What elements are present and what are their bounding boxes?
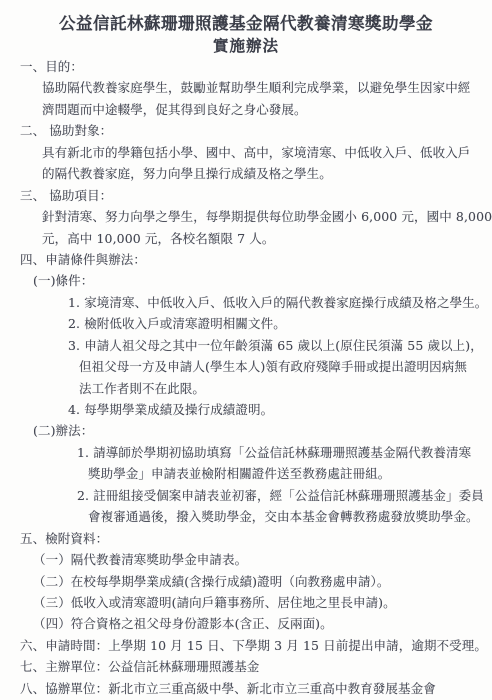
doc-line: 三、 協助項目： — [0, 185, 488, 206]
doc-line: 4. 每學期學業成績及操行成績證明。 — [0, 399, 488, 420]
doc-line: 濟問題而中途輟學，促其得到良好之身心發展。 — [0, 99, 488, 120]
doc-line: 五、檢附資料： — [0, 528, 488, 549]
document-title: 公益信託林蘇珊珊照護基金隔代教養清寒獎助學金 — [0, 10, 492, 34]
doc-line: (一)條件： — [0, 270, 488, 291]
doc-line: 二、 協助對象： — [0, 120, 488, 141]
doc-line: 會複審通過後，撥入獎助學金，交由本基金會轉教務處發放獎助學金。 — [0, 506, 488, 527]
doc-line: 的隔代教養家庭，努力向學且操行成績及格之學生。 — [0, 163, 488, 184]
doc-line: 針對清寒、努力向學之學生，每學期提供每位助學金國小 6,000 元，國中 8,0… — [0, 206, 488, 227]
doc-line: 具有新北市的學籍包括小學、國中、高中，家境清寒、中低收入戶、低收入戶 — [0, 142, 488, 163]
doc-line: 3. 申請人祖父母之其中一位年齡須滿 65 歲以上(原住民須滿 55 歲以上)， — [0, 335, 488, 356]
doc-line: 六、申請時間：上學期 10 月 15 日、下學期 3 月 15 日前提出申請，逾… — [0, 635, 488, 656]
doc-line: （三）低收入或清寒證明(請向戶籍事務所、居住地之里長申請)。 — [0, 592, 488, 613]
doc-line: 元，高中 10,000 元，各校名額限 7 人。 — [0, 228, 488, 249]
doc-line: (二)辦法： — [0, 420, 488, 441]
doc-line: 2. 檢附低收入戶或清寒證明相關文件。 — [0, 313, 488, 334]
doc-line: 法工作者則不在此限。 — [0, 378, 488, 399]
doc-line: （二）在校每學期學業成績(含操行成績)證明（向教務處申請）。 — [0, 571, 488, 592]
doc-line: 1. 請導師於學期初協助填寫「公益信託林蘇珊珊照護基金隔代教養清寒 — [0, 442, 488, 463]
doc-line: 獎助學金」申請表並檢附相關證件送至教務處註冊組。 — [0, 463, 488, 484]
doc-line: 1. 家境清寒、中低收入戶、低收入戶的隔代教養家庭操行成績及格之學生。 — [0, 292, 488, 313]
doc-line: （四）符合資格之祖父母身份證影本(含正、反兩面)。 — [0, 613, 488, 634]
doc-line: 七、主辦單位：公益信託林蘇珊珊照護基金 — [0, 656, 488, 677]
doc-lines: 一、目的：協助隔代教養家庭學生，鼓勵並幫助學生順利完成學業，以避免學生因家中經濟… — [0, 56, 488, 699]
doc-line: （一）隔代教養清寒獎助學金申請表。 — [0, 549, 488, 570]
doc-line: 2. 註冊組接受個案申請表並初審，經「公益信託林蘇珊珊照護基金」委員 — [0, 485, 488, 506]
doc-line: 協助隔代教養家庭學生，鼓勵並幫助學生順利完成學業，以避免學生因家中經 — [0, 77, 488, 98]
doc-line: 四、申請條件與辦法： — [0, 249, 488, 270]
doc-line: 一、目的： — [0, 56, 488, 77]
document-subtitle: 實施辦法 — [0, 34, 492, 56]
document-page: 公益信託林蘇珊珊照護基金隔代教養清寒獎助學金 實施辦法 一、目的：協助隔代教養家… — [0, 0, 492, 700]
doc-line: 但祖父母一方及申請人(學生本人)領有政府殘障手冊或提出證明因病無 — [0, 356, 488, 377]
doc-line: 八、協辦單位：新北市立三重高級中學、新北市立三重高中教育發展基金會 — [0, 678, 488, 699]
